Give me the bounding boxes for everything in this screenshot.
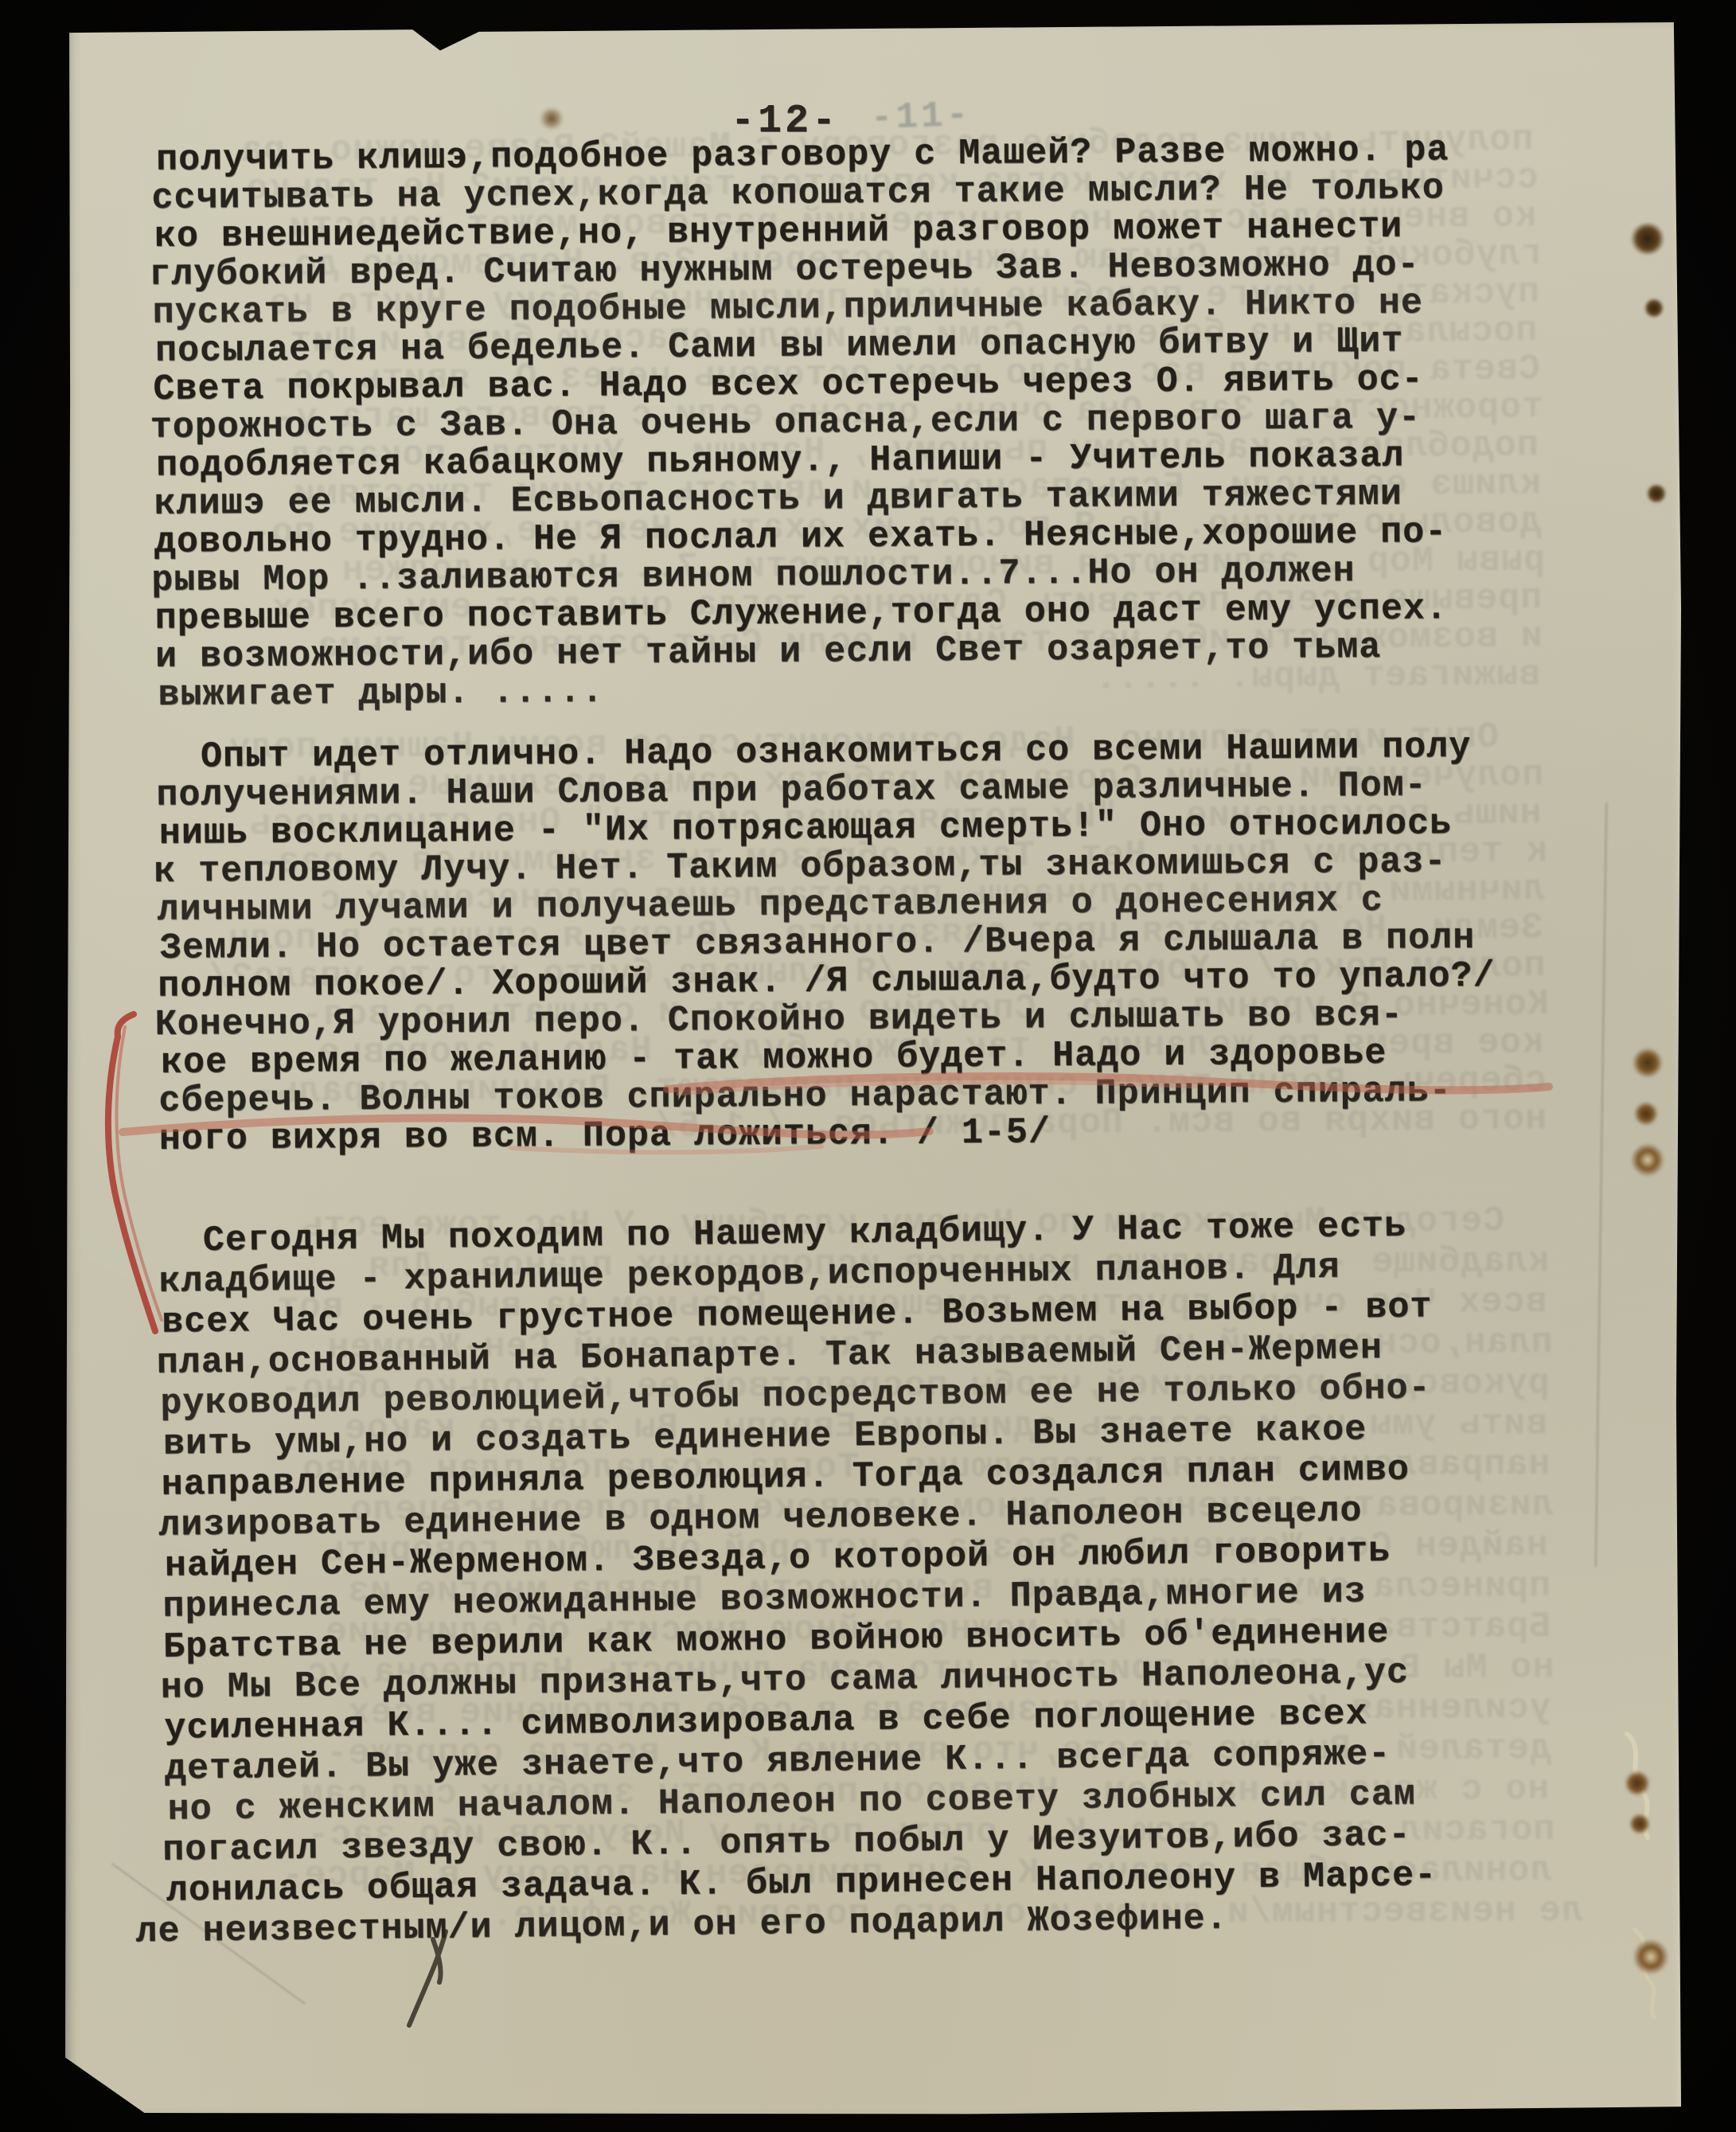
scanned-document: получить клишэ,подобное разговору с Маше… <box>0 0 1736 2132</box>
text-line: выжигает дыры. ..... <box>158 666 1582 715</box>
rust-spot <box>1630 223 1665 255</box>
paper-crease <box>1594 802 1607 1567</box>
rust-spot <box>1633 1102 1659 1126</box>
rust-spot <box>1630 1143 1665 1177</box>
page-number-ghost: -11- <box>870 95 972 139</box>
rust-spot <box>1632 1048 1664 1078</box>
paper-stain <box>540 108 564 129</box>
paragraph: Сегодня Мы походим по Нашему кладбищу. У… <box>158 1204 1592 1952</box>
paragraph: Опыт идет отлично. Надо ознакомиться со … <box>156 728 1584 1159</box>
rust-spot <box>1624 1771 1651 1796</box>
rust-spot <box>1629 1814 1651 1834</box>
rust-spot <box>1646 484 1667 503</box>
rust-spot <box>1644 298 1664 318</box>
document-page: получить клишэ,подобное разговору с Маше… <box>65 22 1681 2116</box>
red-bracket-mark <box>108 1014 162 1331</box>
typewritten-text: получить клишэ,подобное разговору с Маше… <box>151 131 1590 1949</box>
rust-spot <box>1632 1939 1670 1974</box>
paragraph: получить клишэ,подобное разговору с Маше… <box>151 131 1581 715</box>
